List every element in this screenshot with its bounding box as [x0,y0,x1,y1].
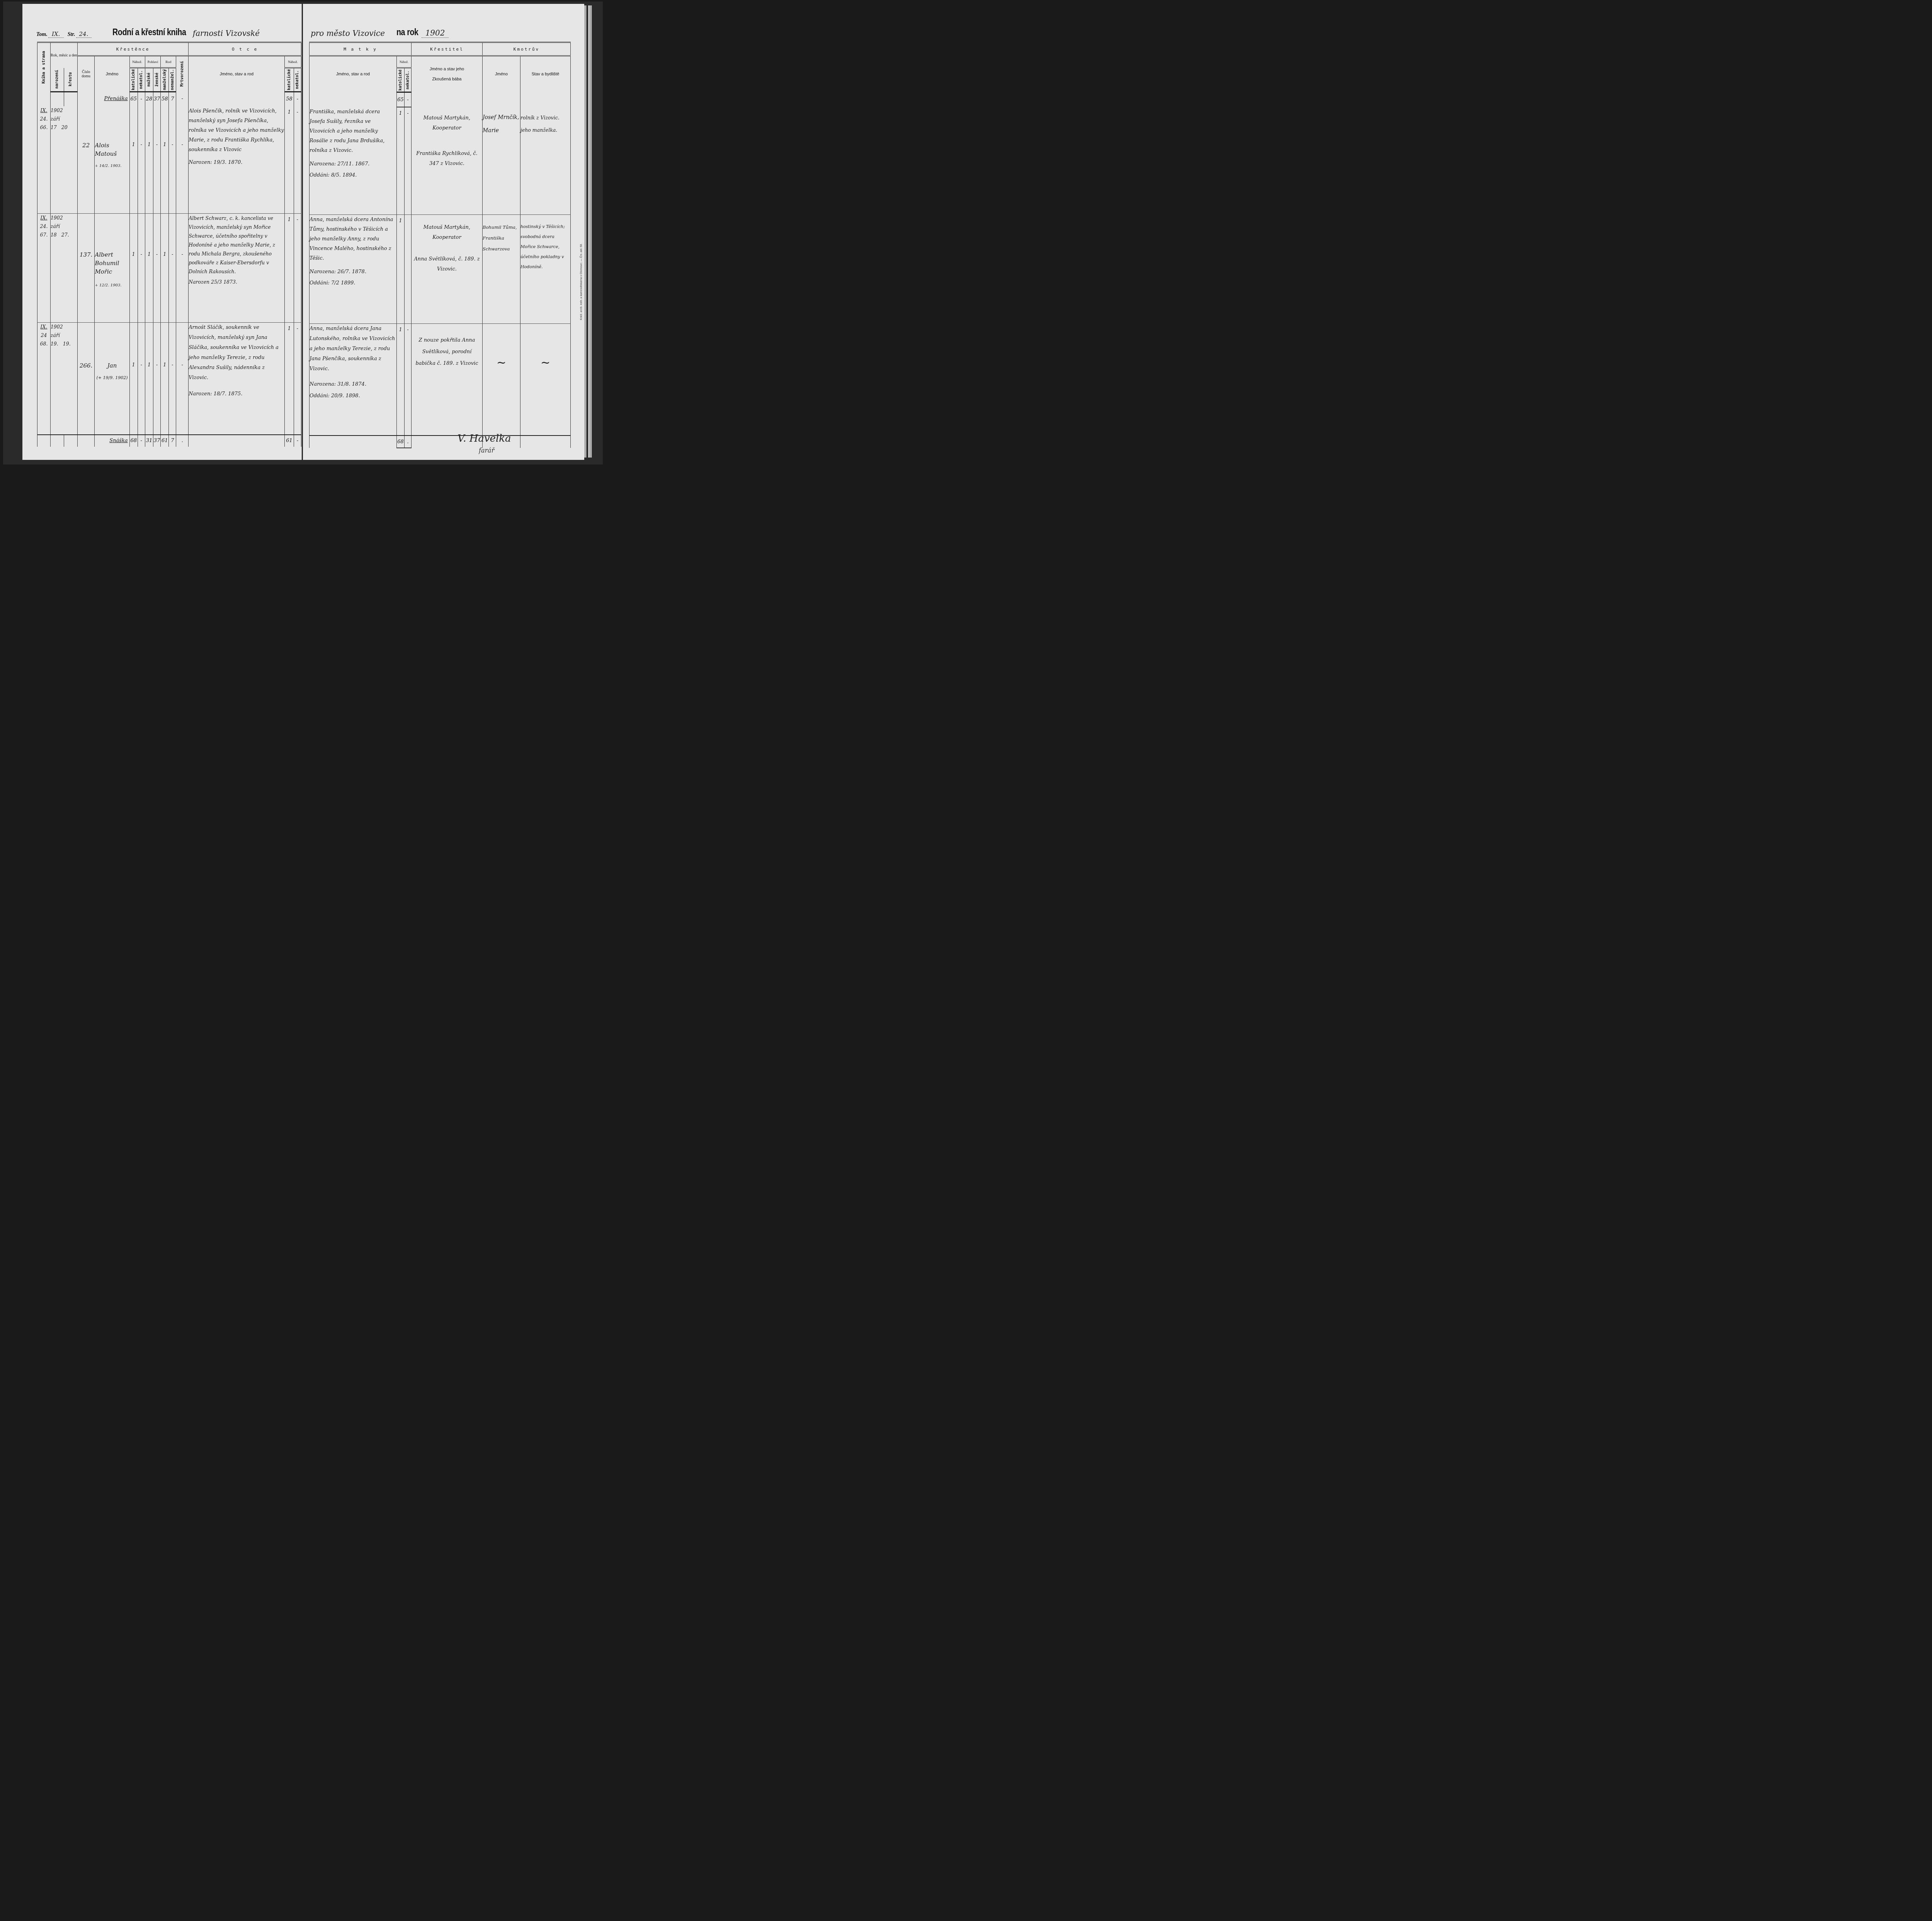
entry-mother-born: Narozena: 31/8. 1874. [310,379,396,390]
entry-mother: Anna, manželská dcera Antonína Tůmy, hos… [310,215,396,263]
baptism-entry-left: IX.24.66. 1902září17 20 22 Alois Matouš+… [37,106,301,214]
entry-nemanzel: - [169,323,176,435]
col-otce-nekatol: nekatol. [295,70,299,89]
entry-mother-married: Oddáni: 20/9. 1898. [310,391,396,401]
total-zenske: 37 [153,435,161,447]
entry-muzske: 1 [145,106,153,214]
baptism-entry-right: Anna, manželská dcera Antonína Tůmy, hos… [310,214,571,323]
entry-father: Arnošt Sláčík, soukenník ve Vizovicích, … [189,323,284,383]
carry-nekatol: - [138,92,145,106]
group-krestitel: Křestitel [412,43,483,56]
entry-death-note: + 14/2. 1903. [95,162,129,170]
col-nemanzel: nemanžel. [170,69,175,90]
entry-manzelsky: 1 [161,106,169,214]
entry-zenske: - [153,323,161,435]
entry-mother-married: Oddáni: 8/5. 1894. [310,170,396,180]
entry-father: Alois Pšenčík, rolník ve Vizovicích, man… [189,106,284,155]
year-value: 1902 [422,28,449,38]
tom-label: Tom. [36,32,48,38]
entry-father: Albert Schwarz, c. k. kancelista ve Vizo… [189,214,284,276]
entry-godparent-name: Bohumil Tůma, Františka Schwarzova [483,214,520,323]
col-rod: Rod [161,56,176,68]
col-matky-katolicke: katolické [398,70,403,90]
entry-nemanzel: - [169,106,176,214]
parish-name: farnosti Vizovské [193,29,260,38]
carry-nemanzel: 7 [169,92,176,106]
col-manzelsky: manželský [163,69,167,90]
entry-godparent-status: ~ [520,323,571,436]
entry-kniha: IX. [37,323,50,331]
entry-mrtvorozeni: - [176,214,189,323]
entry-baptizer: Matouš Martykán, Kooperator [412,113,482,133]
entry-father-katolicke: 1 [285,323,294,435]
entry-godparent-name: Josef Mrnčík, Marie [483,107,520,214]
col-narozeni: narození [55,70,59,88]
col-otce-katolicke: katolické [287,69,291,90]
carry-mrtvorozeni: - [176,92,189,106]
group-krestence: Křestěnce [77,43,188,56]
entry-nemanzel: - [169,214,176,323]
entry-mother-katolicke: 1 [397,107,405,214]
col-krestu: křestu [68,72,73,86]
entry-month: září [51,222,77,231]
open-register-book: Tom. IX. Str. 24. Rodní a křestní kniha … [3,2,603,465]
entry-father-katolicke: 1 [285,214,294,323]
totals-row: 68 . [310,436,571,448]
carry-katolicke: 65 [129,92,138,106]
entry-katolicke: 1 [129,214,138,323]
entry-mother-born: Narozena: 27/11. 1867. [310,159,396,169]
entry-year: 1902 [51,106,77,115]
entry-godparent-status: rolník z Vizovic. jeho manželka. [520,107,571,214]
right-page: pro město Vizovice na rok 1902 M a t k y… [303,4,584,460]
entry-father-born: Narozen 25/3 1873. [189,277,284,286]
entry-birth-day: 18 [51,232,57,238]
carry-over-label: Přenáška [95,92,129,106]
entry-month: září [51,115,77,123]
entry-baptism-day: 20 [61,124,68,130]
col-nekatol: nekatol. [139,70,143,89]
entry-nekatol: - [138,323,145,435]
carry-matky-nekatol: - [405,92,412,107]
printer-imprint: Kněž. arcib. knih. a kamenotiskárna v Ol… [580,243,583,320]
total-otce-katolicke: 61 [285,435,294,447]
group-matky: M a t k y [310,43,412,56]
entry-number: 67. [37,231,50,239]
priest-signature: V. Havelka [457,433,511,444]
col-muzske: mužské [147,73,151,87]
carry-manzelsky: 58 [161,92,169,106]
entry-father-nekatol: - [294,106,301,214]
col-zkousena-baba: Zkoušená bába [412,77,482,82]
col-zenske: ženské [155,73,159,87]
entry-mother-married: Oddáni: 7/2 1899. [310,278,396,288]
entry-mother: Františka, manželská dcera Josefa Sušily… [310,107,396,155]
group-kmotruv: Kmotrův [483,43,571,56]
entry-mother-nekatol: - [405,107,412,214]
entry-kniha: IX. [37,106,50,115]
entry-mother-katolicke: 1 [397,214,405,323]
entry-father-nekatol: - [294,214,301,323]
total-nekatol: - [138,435,145,447]
total-manzelsky: 61 [161,435,169,447]
entry-mother-born: Narozena: 26/7. 1878. [310,267,396,277]
entry-godparent-status: hostinský v Těšicích; svobodná dcera Moř… [520,214,571,323]
entry-month: září [51,331,77,340]
entry-father-born: Narozen: 18/7. 1875. [189,389,284,399]
carry-matky-katolicke: 65 [397,92,405,107]
carry-zenske: 37 [153,92,161,106]
entry-nekatol: - [138,106,145,214]
entry-muzske: 1 [145,214,153,323]
entry-child-name: Alois Matouš [95,141,129,158]
group-otce: O t c e [189,43,301,56]
baptism-entry-left: IX.2468. 1902září19. 19. 266. Jan(+ 19/9… [37,323,301,435]
totals-label: Snáška [95,435,129,447]
register-title: Rodní a křestní kniha [112,27,186,38]
entry-death-note: (+ 19/9. 1902) [95,374,129,382]
total-matky-nekatol: . [405,436,412,448]
str-label: Str. [68,32,75,38]
page-header-right: pro město Vizovice na rok 1902 [311,22,452,38]
total-matky-katolicke: 68 [397,436,405,448]
tom-value: IX. [48,31,64,38]
carry-muzske: 28 [145,92,153,106]
entry-mrtvorozeni: - [176,106,189,214]
entry-muzske: 1 [145,323,153,435]
baptism-entry-left: IX.24.67. 1902září18 27. 137. Albert Boh… [37,214,301,323]
total-otce-nekatol: - [294,435,301,447]
entry-death-note: + 12/2. 1903. [95,281,129,290]
entry-strana: 24. [37,222,50,231]
entry-midwife: Anna Světlíková, č. 189. z Vizovic. [412,254,482,274]
entry-kniha: IX. [37,214,50,222]
col-matky-naboz: Nábož. [397,56,412,68]
entry-strana: 24 [37,331,50,340]
totals-row: Snáška 68 - 31 37 61 7 . 61 - [37,435,301,447]
baptism-entry-right: Anna, manželská dcera Jana Lutonského, r… [310,323,571,436]
entry-baptism-day: 19. [63,341,71,347]
col-matky-nekatol: nekatol. [406,71,410,89]
total-katolicke: 68 [129,435,138,447]
page-edges [588,5,592,458]
entry-mother-katolicke: 1 [397,323,405,436]
entry-midwife: Františka Rychlíková, č. 347 z Vizovic. [412,149,482,169]
col-kmotr-stav: Stav a bydliště [520,56,571,92]
col-kniha-strana: Kniha a strana [42,51,46,83]
baptism-entry-right: Františka, manželská dcera Josefa Sušily… [310,107,571,214]
carry-otce-katolicke: 58 [285,92,294,106]
entry-house-number: 266. [77,323,95,435]
priest-title: farář [479,447,494,454]
col-krestitel-jmeno: Jméno a stav jeho [412,67,482,71]
entry-year: 1902 [51,214,77,222]
col-otce-jmeno: Jméno, stav a rod [189,56,285,92]
entry-zenske: - [153,106,161,214]
page-header-left: Tom. IX. Str. 24. Rodní a křestní kniha … [36,22,260,38]
col-cislo-domu: Číslo domu [77,56,95,92]
entry-child-name: Jan [95,361,129,370]
entry-number: 66. [37,123,50,132]
year-label: na rok [396,27,418,38]
col-kmotr-jmeno: Jméno [483,56,520,92]
entry-baptism-day: 27. [61,232,69,238]
entry-father-born: Narozen: 19/3. 1870. [189,158,284,167]
col-pohlavi: Pohlaví [145,56,160,68]
col-matky-jmeno: Jméno, stav a rod [310,56,397,92]
entry-father-nekatol: - [294,323,301,435]
entry-baptizer: Z nouze pokřtila Anna Světlíková, porodn… [412,335,482,369]
town-name: pro město Vizovice [311,29,385,38]
entry-house-number: 22 [77,106,95,214]
entry-mrtvorozeni: - [176,323,189,435]
col-rok-mesic-den: Rok, měsíc a den [50,43,77,68]
carry-over-row: Přenáška 65 - 28 37 58 7 - 58 - [37,92,301,106]
entry-house-number: 137. [77,214,95,323]
col-jmeno: Jméno [95,56,129,92]
entry-katolicke: 1 [129,323,138,435]
entry-birth-day: 17 [51,124,57,130]
entry-baptizer: Matouš Martykán, Kooperator [412,223,482,243]
col-mrtvorozeni: Mrtvorození [180,61,184,87]
col-otce-naboz: Nábož. [285,56,301,68]
total-muzske: 31 [145,435,153,447]
entry-year: 1902 [51,323,77,331]
entry-katolicke: 1 [129,106,138,214]
col-katolicke: katolické [131,69,136,90]
entry-godparent-name: ~ [483,323,520,436]
entry-manzelsky: 1 [161,214,169,323]
entry-mother-nekatol: - [405,323,412,436]
entry-birth-day: 19. [51,341,58,347]
left-page: Tom. IX. Str. 24. Rodní a křestní kniha … [22,4,302,460]
entry-number: 68. [37,340,50,348]
carry-over-row: 65 - [310,92,571,107]
right-register-table: M a t k y Křestitel Kmotrův Jméno, stav … [309,42,571,448]
entry-zenske: - [153,214,161,323]
total-mrtvorozeni: . [176,435,189,447]
entry-mother: Anna, manželská dcera Jana Lutonského, r… [310,324,396,374]
entry-father-katolicke: 1 [285,106,294,214]
total-nemanzel: 7 [169,435,176,447]
left-register-table: Kniha a strana Rok, měsíc a den Křestěnc… [37,42,301,447]
col-naboz: Nábož. [129,56,145,68]
entry-child-name: Albert Bohumil Mořic [95,250,129,276]
str-value: 24. [76,31,92,38]
entry-mother-nekatol [405,214,412,323]
entry-strana: 24. [37,115,50,123]
entry-nekatol: - [138,214,145,323]
entry-manzelsky: 1 [161,323,169,435]
carry-otce-nekatol: - [294,92,301,106]
